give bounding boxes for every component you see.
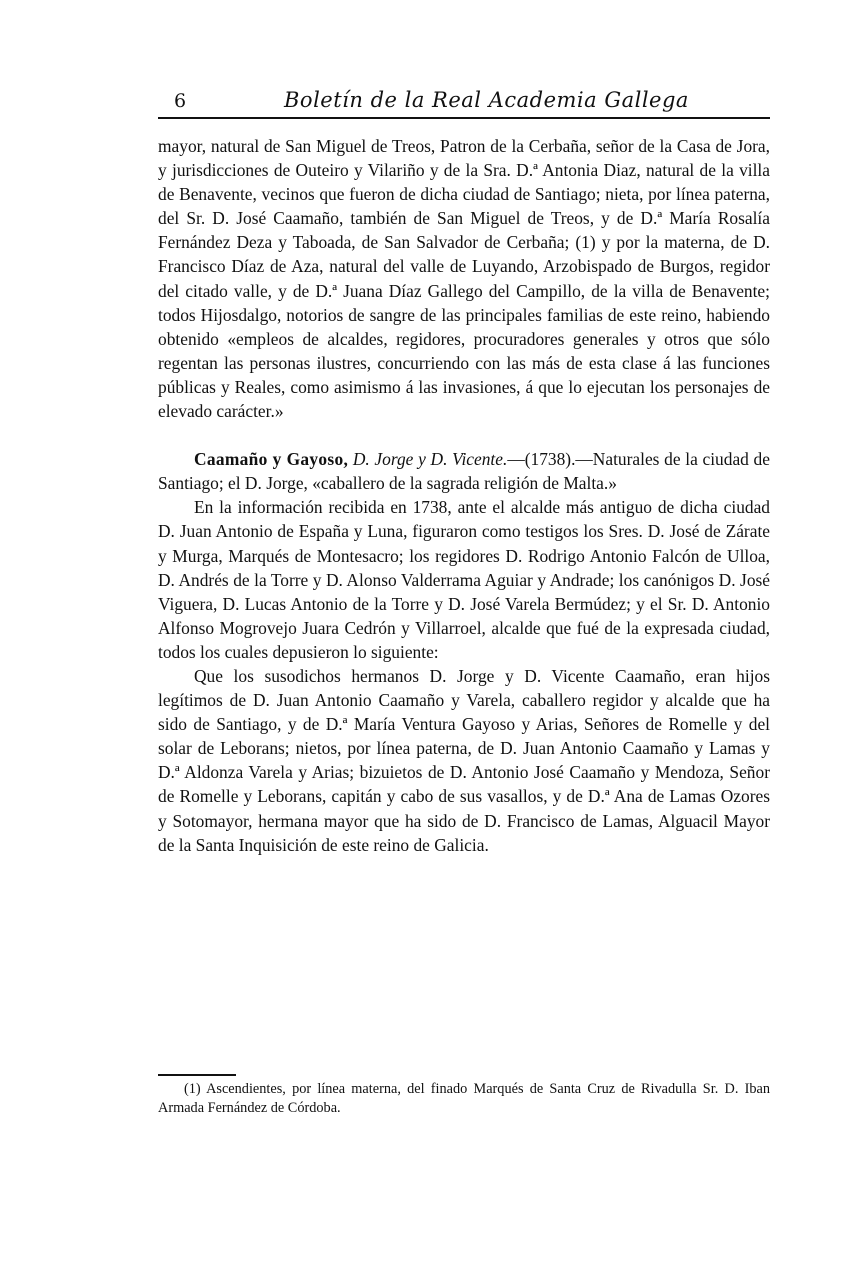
document-page: 6 Boletín de la Real Academia Gallega ma… xyxy=(158,88,770,116)
entry-spacer xyxy=(158,423,770,447)
entry-persons: D. Jorge y D. Vicente. xyxy=(353,449,507,469)
footnote-rule xyxy=(158,1074,236,1076)
footnote-1: (1) Ascendientes, por línea materna, del… xyxy=(158,1080,770,1118)
header-rule xyxy=(158,117,770,119)
running-header: 6 Boletín de la Real Academia Gallega xyxy=(158,88,770,116)
paragraph-testimony: Que los susodichos hermanos D. Jorge y D… xyxy=(158,664,770,857)
page-number: 6 xyxy=(174,90,186,112)
paragraph-information: En la información recibida en 1738, ante… xyxy=(158,495,770,664)
body-text: mayor, natural de San Miguel de Treos, P… xyxy=(158,134,770,857)
entry-surname: Caamaño y Gayoso, xyxy=(194,449,348,469)
entry-heading-paragraph: Caamaño y Gayoso, D. Jorge y D. Vicente.… xyxy=(158,447,770,495)
paragraph-continuation: mayor, natural de San Miguel de Treos, P… xyxy=(158,134,770,423)
footnotes: (1) Ascendientes, por línea materna, del… xyxy=(158,1074,770,1118)
journal-title: Boletín de la Real Academia Gallega xyxy=(284,88,689,112)
